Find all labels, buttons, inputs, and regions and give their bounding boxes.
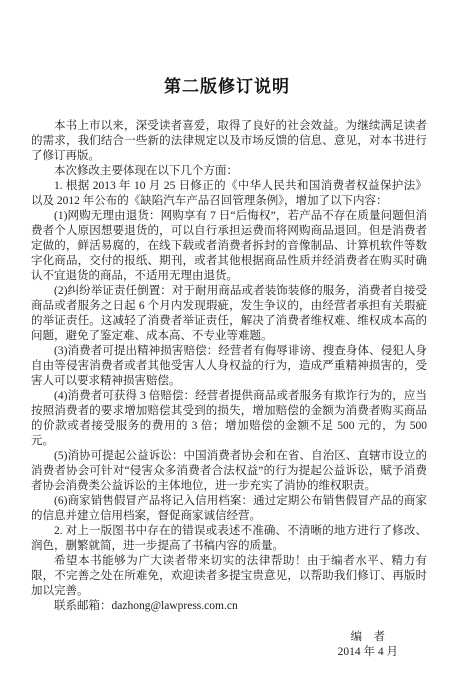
paragraph-overview: 本次修改主要体现在以下几个方面： bbox=[31, 164, 427, 179]
signature-author: 编 者 bbox=[338, 630, 398, 645]
paragraph-item-4: (4)消费者可获得 3 倍赔偿：经营者提供商品或者服务有欺诈行为的，应当按照消费… bbox=[31, 389, 427, 449]
paragraph-item-1: (1)网购无理由退货：网购享有 7 日“后悔权”，若产品不存在质量问题但消费者个… bbox=[31, 209, 427, 284]
paragraph-intro: 本书上市以来，深受读者喜爱，取得了良好的社会效益。为继续满足读者的需求，我们结合… bbox=[31, 119, 427, 164]
book-page: 第二版修订说明 本书上市以来，深受读者喜爱，取得了良好的社会效益。为继续满足读者… bbox=[0, 0, 454, 680]
paragraph-closing: 希望本书能够为广大读者带来切实的法律帮助！由于编者水平、精力有限，不完善之处在所… bbox=[31, 554, 427, 599]
page-title: 第二版修订说明 bbox=[0, 72, 454, 97]
paragraph-item-5: (5)消协可提起公益诉讼：中国消费者协会和在省、自治区、直辖市设立的消费者协会可… bbox=[31, 449, 427, 494]
paragraph-item-3: (3)消费者可提出精神损害赔偿：经营者有侮辱诽谤、搜查身体、侵犯人身自由等侵害消… bbox=[31, 344, 427, 389]
paragraph-point-2: 2. 对上一版图书中存在的错误或表述不准确、不清晰的地方进行了修改、润色，删繁就… bbox=[31, 524, 427, 554]
signature-date: 2014 年 4 月 bbox=[338, 645, 398, 660]
paragraph-point-1: 1. 根据 2013 年 10 月 25 日修正的《中华人民共和国消费者权益保护… bbox=[31, 179, 427, 209]
revision-notes-body: 本书上市以来，深受读者喜爱，取得了良好的社会效益。为继续满足读者的需求，我们结合… bbox=[31, 119, 427, 614]
signature-block: 编 者 2014 年 4 月 bbox=[338, 630, 398, 660]
paragraph-item-2: (2)纠纷举证责任倒置：对于耐用商品或者装饰装修的服务，消费者自接受商品或者服务… bbox=[31, 284, 427, 344]
paragraph-contact-email: 联系邮箱：dazhong@lawpress.com.cn bbox=[31, 599, 427, 614]
paragraph-item-6: (6)商家销售假冒产品将记入信用档案：通过定期公布销售假冒产品的商家的信息并建立… bbox=[31, 494, 427, 524]
